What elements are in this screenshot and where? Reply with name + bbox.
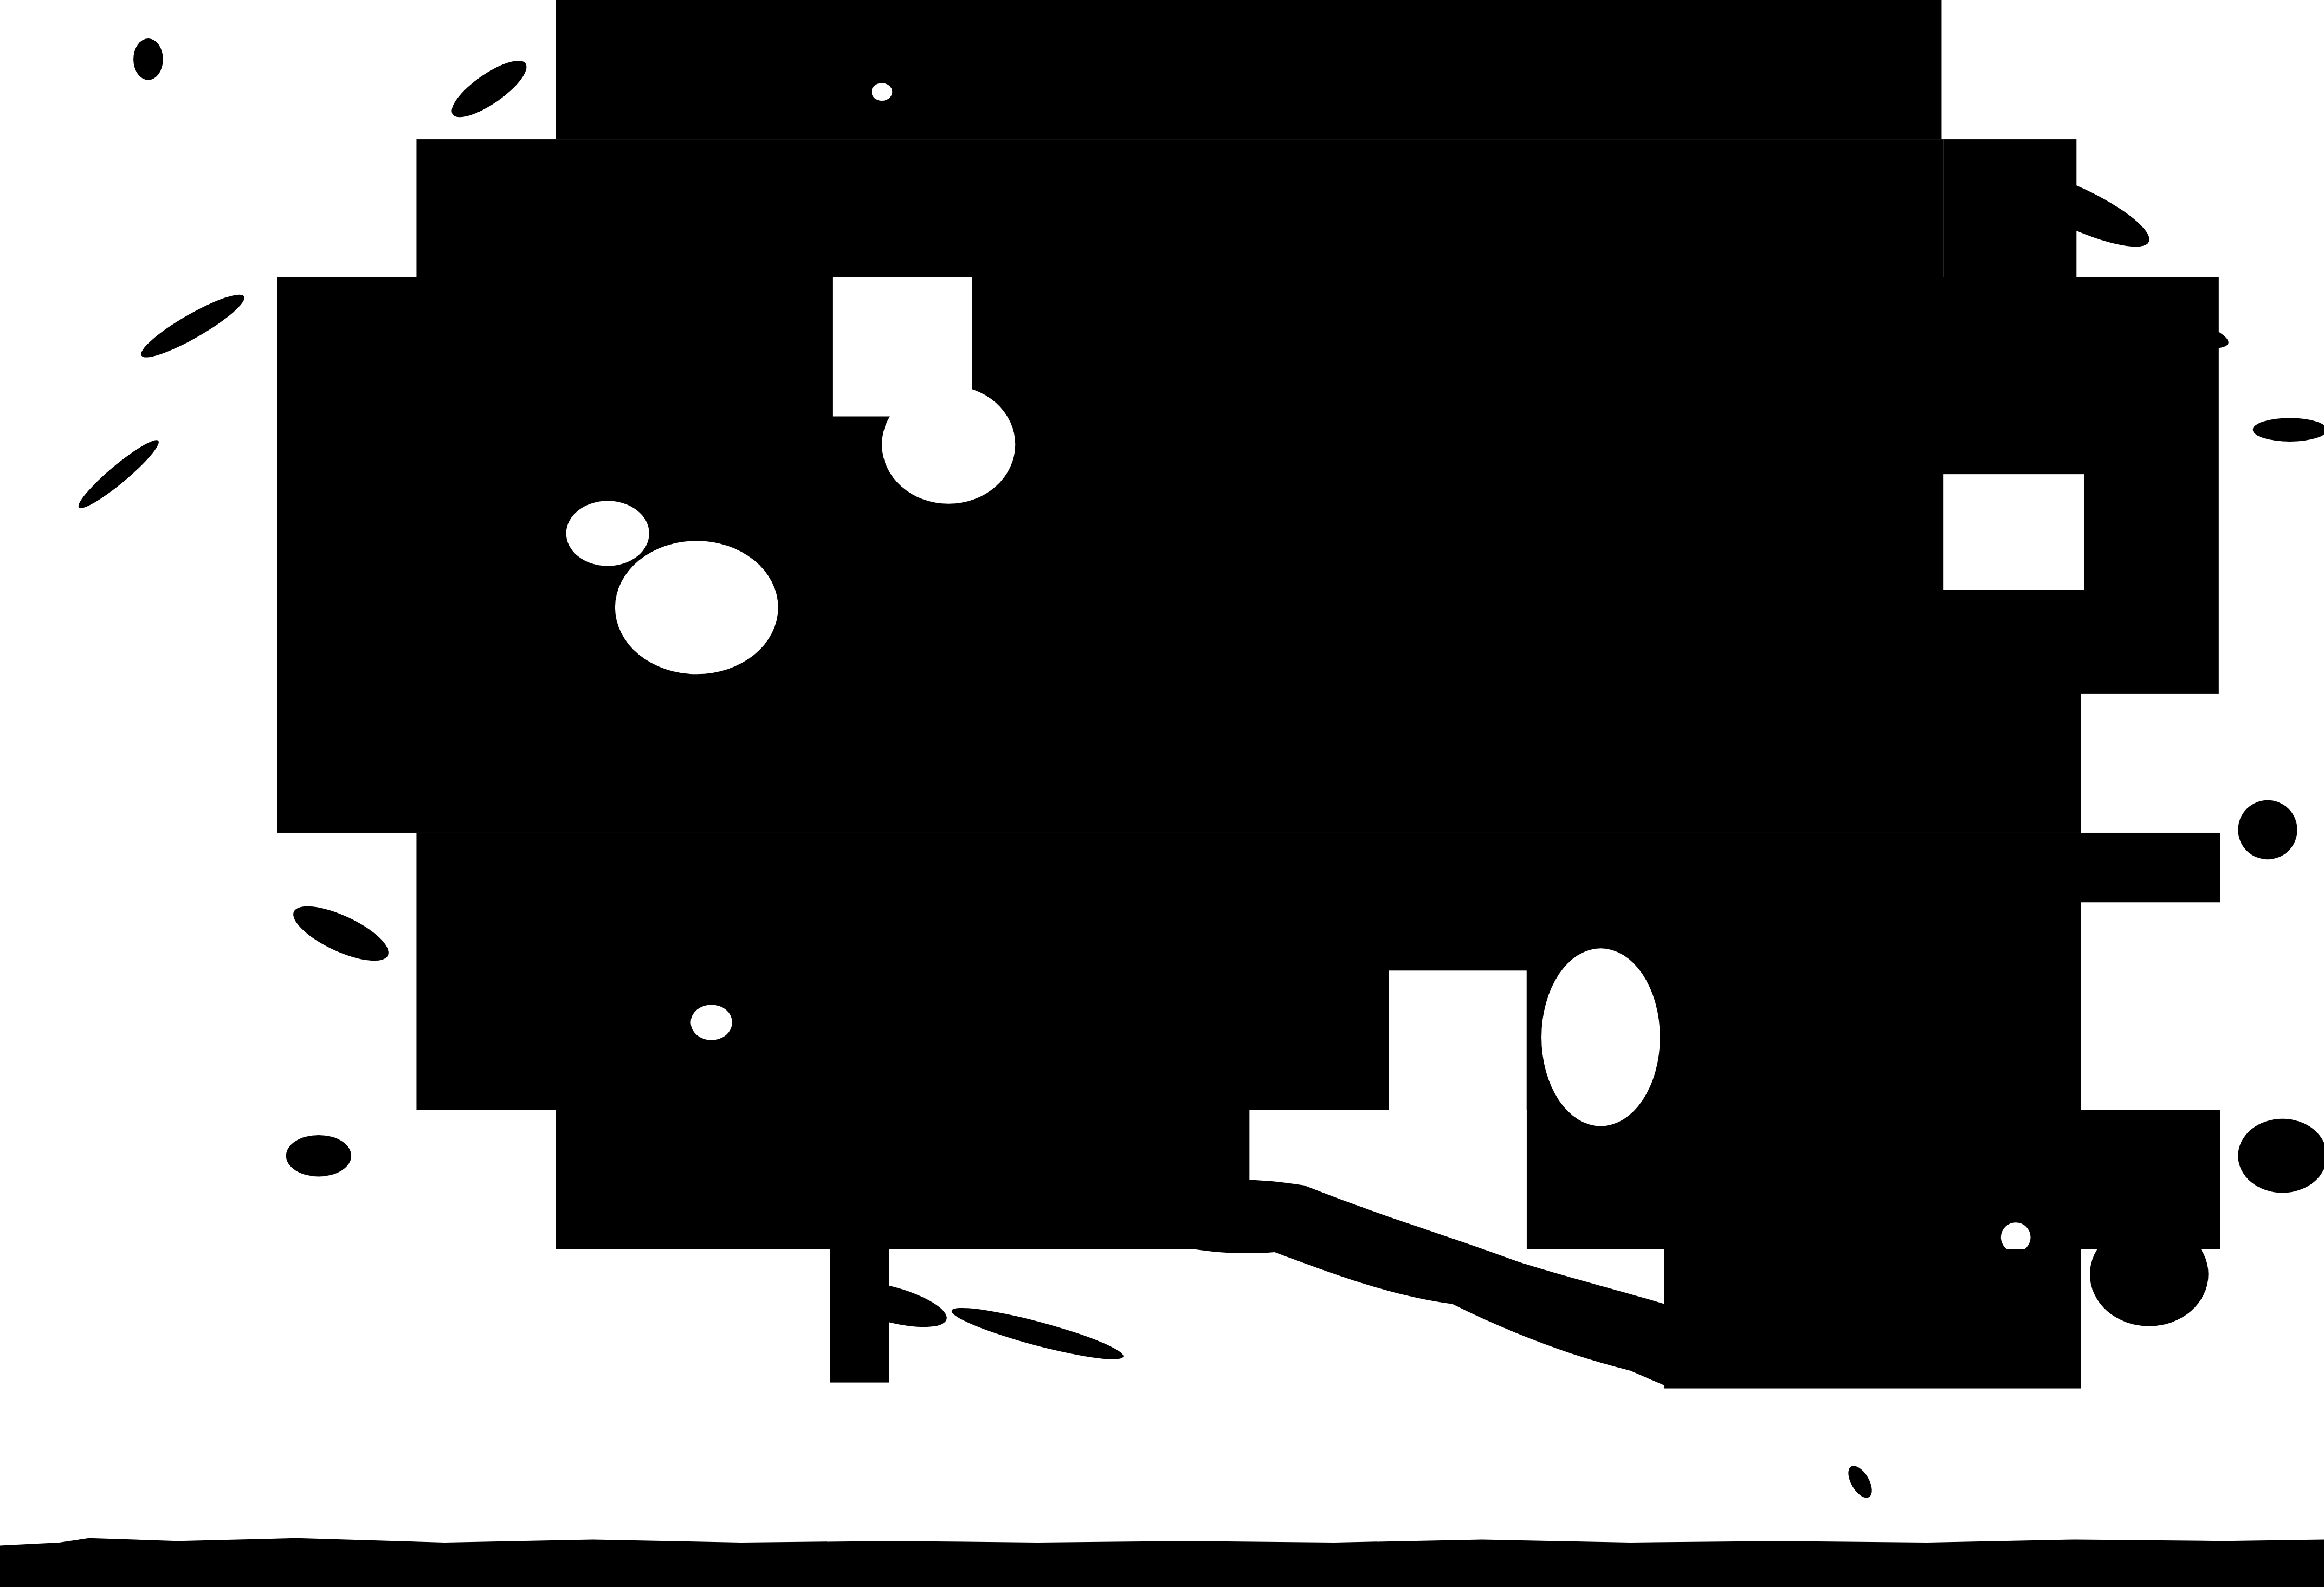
binarized-landscape-image <box>0 0 2324 1587</box>
bottom-dark-band <box>0 1538 2324 1587</box>
